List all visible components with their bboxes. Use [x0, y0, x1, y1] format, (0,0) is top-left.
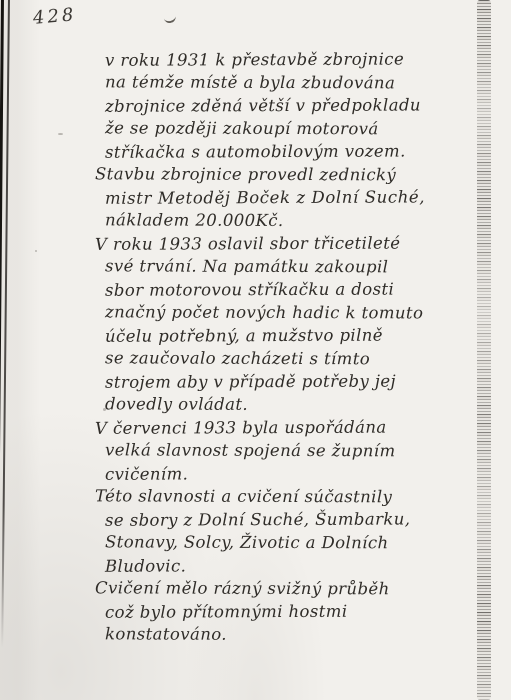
text-line: V červenci 1933 byla uspořádána: [95, 415, 487, 440]
paper-speck: [35, 250, 37, 252]
text-line: účelu potřebný, a mužstvo pilně: [95, 323, 487, 348]
text-line: v roku 1931 k přestavbě zbrojnice: [95, 47, 487, 72]
text-line: Stonavy, Solcy, Životic a Dolních: [95, 530, 487, 554]
text-line: na témže místě a byla zbudována: [95, 70, 487, 94]
text-line: Bludovic.: [95, 553, 487, 578]
stray-pen-mark: [163, 13, 177, 24]
text-line: velká slavnost spojená se župním: [95, 438, 487, 462]
text-line: sbor motorovou stříkačku a dosti: [95, 277, 487, 302]
page-number: 428: [32, 4, 77, 29]
text-line: své trvání. Na památku zakoupil: [95, 254, 487, 278]
scanned-page: 428 v roku 1931 k přestavbě zbrojnice na…: [0, 0, 511, 700]
text-line: strojem aby v případě potřeby jej: [95, 369, 487, 394]
text-line: stříkačka s automobilovým vozem.: [95, 139, 487, 164]
handwritten-text-block: v roku 1931 k přestavbě zbrojnice na tém…: [95, 48, 487, 646]
text-line: což bylo přítomnými hostmi: [95, 599, 487, 624]
text-line: cvičením.: [95, 461, 487, 486]
text-line: zbrojnice zděná větší v předpokladu: [95, 93, 487, 118]
text-line: nákladem 20.000Kč.: [95, 208, 487, 232]
text-line: mistr Metoděj Boček z Dolní Suché,: [95, 185, 487, 210]
text-line: konstatováno.: [95, 622, 487, 646]
text-line: se zaučovalo zacházeti s tímto: [95, 346, 487, 370]
text-line: se sbory z Dolní Suché, Šumbarku,: [95, 507, 487, 532]
paper-speck: [58, 133, 63, 135]
text-line: Této slavnosti a cvičení súčastnily: [95, 484, 487, 508]
text-line: Cvičení mělo rázný svižný průběh: [95, 576, 487, 600]
text-line: značný počet nových hadic k tomuto: [95, 300, 487, 324]
text-line: dovedly ovládat.: [95, 392, 487, 416]
text-line: V roku 1933 oslavil sbor třicetileté: [95, 231, 487, 256]
text-line: že se později zakoupí motorová: [95, 116, 487, 140]
text-line: Stavbu zbrojnice provedl zednický: [95, 162, 487, 186]
